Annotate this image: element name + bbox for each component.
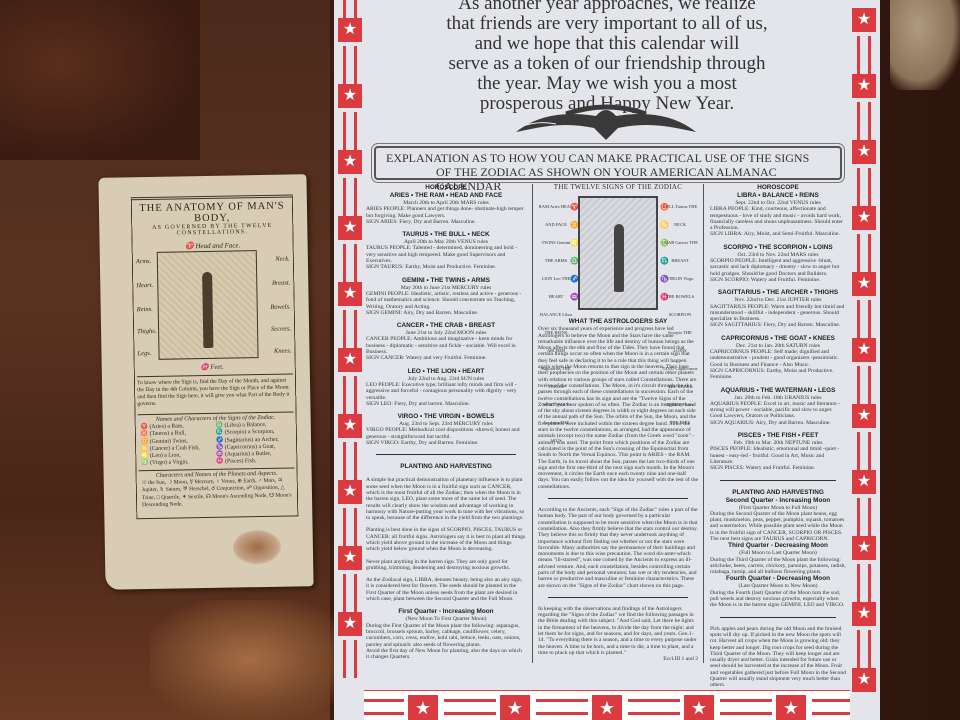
zodiac-chart-heading: THE TWELVE SIGNS OF THE ZODIAC — [538, 184, 698, 190]
instructions-text: To know where the Sign is, find the Day … — [137, 373, 294, 408]
first-quarter-text-2: Avoid the first day of New Moon for plan… — [366, 648, 526, 661]
sign-people: CAPRICORNUS PEOPLE: Self made; dignified… — [710, 349, 846, 368]
cloth-background — [890, 0, 960, 90]
star-icon: ★ — [338, 84, 362, 108]
left-border-stars: ★ ★ ★ ★ ★ ★ ★ ★ ★ ★ — [338, 0, 362, 720]
sign-people: AQUARIUS PEOPLE: Excel in art, music and… — [710, 401, 846, 420]
planting-para: Never plant anything in the barren sign.… — [366, 559, 526, 572]
zodiac-label: BALANCE Libra THE REINS — [538, 306, 574, 342]
divider — [720, 480, 836, 481]
star-icon: ★ — [338, 150, 362, 174]
greeting-line: As another year approaches, we realize — [414, 0, 800, 14]
sign-people: LIBRA PEOPLE: Kind, courteous, affection… — [710, 206, 846, 231]
label-bowels: Bowels. — [270, 304, 291, 311]
sign-title: SAGITTARIUS • THE ARCHER • THIGHS — [710, 289, 846, 297]
signs-grid: ♈ (Aries) a Ram,♎ (Libra) a Balance, ♉ (… — [138, 420, 295, 468]
divider — [548, 498, 688, 499]
star-icon: ★ — [852, 272, 876, 296]
sign-traits: SIGN SAGITTARIUS: Fiery, Dry and Barren.… — [710, 322, 846, 328]
sign-title: LIBRA • BALANCE • REINS — [710, 192, 846, 200]
planting-heading: PLANTING AND HARVESTING — [366, 463, 526, 471]
zodiac-label: GOAT Capricornus THE KNEES — [662, 360, 698, 396]
center-column: THE TWELVE SIGNS OF THE ZODIAC RAM Aries… — [532, 184, 704, 663]
head-label: ♈ Head and Face. — [133, 240, 293, 251]
sign-people: CANCER PEOPLE: Ambitious and imaginative… — [366, 336, 526, 355]
divider — [376, 454, 516, 455]
sign-block-leo: LEO • THE LION • HEART July 22nd to Aug.… — [366, 368, 526, 407]
divider — [548, 597, 688, 598]
man-figure-icon — [614, 224, 624, 292]
star-icon: ★ — [592, 695, 622, 720]
zodiac-left-glyphs: ♈ ♊ ♌ ♎ ♐ ♒ — [570, 198, 578, 306]
eagle-emblem-icon — [506, 98, 706, 140]
zodiac-glyph-icon: ♎ — [570, 252, 578, 270]
zodiac-label: VIRGIN Virgo THE BOWELS — [662, 270, 698, 306]
star-icon: ★ — [408, 695, 438, 720]
sign-people: SAGITTARIUS PEOPLE: Warm and friendly bu… — [710, 304, 846, 323]
sign-title: GEMINI • THE TWINS • ARMS — [366, 277, 526, 285]
label-breast: Breast. — [272, 280, 290, 287]
zodiac-right-labels: BULL Taurus THE NECK CRAB Cancer THE BRE… — [662, 198, 698, 432]
horoscope-heading: HOROSCOPE — [366, 184, 526, 192]
zodiac-label: CRAB Cancer THE BREAST — [662, 234, 698, 270]
zodiac-label: SCORPION Scorpio THE LOINS — [662, 306, 698, 360]
first-quarter-text: During the First Quarter of the Moon pla… — [366, 623, 526, 648]
zodiac-left-labels: RAM Aries HEAD AND FACE TWINS Gemini THE… — [538, 198, 574, 450]
label-neck: Neck. — [275, 256, 290, 263]
greeting-message: As another year approaches, we realize t… — [414, 0, 800, 114]
star-icon: ★ — [684, 695, 714, 720]
planting-para: Planting is best done in the signs of SC… — [366, 527, 526, 552]
divider — [720, 617, 836, 618]
star-icon: ★ — [338, 612, 362, 636]
zodiac-glyph-icon: ♊ — [570, 216, 578, 234]
label-thighs: Thighs. — [137, 328, 156, 335]
greeting-line: that friends are very important to all o… — [414, 14, 800, 34]
sign-traits: SIGN LIBRA: Airy, Moist, and Semi-Fruitf… — [710, 231, 846, 237]
label-secrets: Secrets. — [271, 326, 291, 333]
sign-people: PISCES PEOPLE: Idealistic, emotional and… — [710, 446, 846, 465]
zodiac-label: LION Leo THE HEART — [538, 270, 574, 306]
anatomy-frame: THE ANATOMY OF MAN'S BODY, AS GOVERNED B… — [131, 194, 299, 519]
star-icon: ★ — [500, 695, 530, 720]
sign-block-taurus: TAURUS • THE BULL • NECK April 20th to M… — [366, 231, 526, 270]
zodiac-label: BULL Taurus THE NECK — [662, 198, 698, 234]
sign-block-virgo: VIRGO • THE VIRGIN • BOWELS Aug. 23rd to… — [366, 413, 526, 446]
sign-block-scorpio: SCORPIO • THE SCORPION • LOINS Oct. 23rd… — [710, 244, 846, 283]
star-icon: ★ — [338, 216, 362, 240]
sign-block-cancer: CANCER • THE CRAB • BREAST June 21st to … — [366, 322, 526, 361]
greeting-line: serve as a token of our friendship throu… — [414, 54, 800, 74]
planets-text: ☉ the Sun, ☽ Moon, ☿ Mercury, ♀ Venus, ⊕… — [142, 478, 292, 509]
sign-title: TAURUS • THE BULL • NECK — [366, 231, 526, 239]
star-icon: ★ — [852, 404, 876, 428]
sign-block-gemini: GEMINI • THE TWINS • ARMS May 20th to Ju… — [366, 277, 526, 316]
right-border-stars: ★ ★ ★ ★ ★ ★ ★ ★ ★ ★ ★ — [852, 0, 876, 720]
sign-people: GEMINI PEOPLE: Idealistic, artistic, res… — [366, 291, 526, 310]
sign-people: TAURUS PEOPLE: Talented - determined, do… — [366, 245, 526, 264]
star-icon: ★ — [852, 602, 876, 626]
sign-block-aquarius: AQUARIUS • THE WATERMAN • LEGS Jan. 20th… — [710, 387, 846, 426]
star-icon: ★ — [852, 470, 876, 494]
planets-section: Characters and Names of the Planets and … — [139, 467, 296, 511]
ancients-text: According to the Ancients, each "Sign of… — [538, 507, 698, 589]
sign-block-libra: LIBRA • BALANCE • REINS Sept. 22nd to Oc… — [710, 192, 846, 238]
greeting-line: and we hope that this calendar will — [414, 34, 800, 54]
zodiac-label: RAM Aries HEAD AND FACE — [538, 198, 574, 234]
star-icon: ★ — [338, 282, 362, 306]
right-column: HOROSCOPE LIBRA • BALANCE • REINS Sept. … — [704, 184, 852, 689]
sign-title: SCORPIO • THE SCORPION • LOINS — [710, 244, 846, 252]
planting-para: As the Zodiacal sign, LIBRA, denotes bea… — [366, 577, 526, 602]
horoscope-heading: HOROSCOPE — [710, 184, 846, 192]
explanation-banner: EXPLANATION AS TO HOW YOU CAN MAKE PRACT… — [374, 146, 842, 180]
calendar-sheet: ★ ★ ★ ★ ★ ★ ★ ★ ★ ★ ★ ★ ★ ★ ★ ★ ★ ★ — [334, 0, 880, 720]
sign-block-sagittarius: SAGITTARIUS • THE ARCHER • THIGHS Nov. 2… — [710, 289, 846, 328]
sign-block-aries: ARIES • THE RAM • HEAD AND FACE March 20… — [366, 192, 526, 225]
zodiac-chart: RAM Aries HEAD AND FACE TWINS Gemini THE… — [538, 192, 698, 314]
sign-title: VIRGO • THE VIRGIN • BOWELS — [366, 413, 526, 421]
third-quarter-text: During the Third Quarter of the Moon pla… — [710, 557, 846, 576]
star-icon: ★ — [338, 414, 362, 438]
zodiac-label: FISHES Pisces THE FEET — [662, 396, 698, 432]
sign-title: AQUARIUS • THE WATERMAN • LEGS — [710, 387, 846, 395]
antique-almanac-page: THE ANATOMY OF MAN'S BODY, AS GOVERNED B… — [98, 174, 313, 590]
star-icon: ★ — [852, 668, 876, 692]
label-reins: Reins. — [137, 306, 153, 313]
sign-traits: SIGN AQUARIUS: Airy, Dry and Barren. Mas… — [710, 420, 846, 426]
sign-traits: SIGN PISCES: Watery and Fruitful. Femini… — [710, 465, 846, 471]
sign-title: CANCER • THE CRAB • BREAST — [366, 322, 526, 330]
star-icon: ★ — [852, 536, 876, 560]
zodiac-man-illustration — [578, 196, 658, 310]
fourth-quarter-text: During the Fourth (last) Quarter of the … — [710, 590, 846, 609]
zodiac-label: TWINS Gemini THE ARMS — [538, 234, 574, 270]
sign-people: VIRGO PEOPLE: Methodical cool dispositio… — [366, 427, 526, 440]
sign-title: ARIES • THE RAM • HEAD AND FACE — [366, 192, 526, 200]
star-icon: ★ — [852, 206, 876, 230]
second-quarter-text: During the Second Quarter of the Moon pl… — [710, 511, 846, 542]
second-quarter-title: Second Quarter - Increasing Moon — [710, 497, 846, 505]
label-legs: Legs. — [137, 350, 151, 357]
sign-block-capricornus: CAPRICORNUS • THE GOAT • KNEES Dec. 21st… — [710, 335, 846, 381]
sign-traits: SIGN VIRGO: Earthy, Dry and Barren. Femi… — [366, 440, 526, 446]
star-icon: ★ — [338, 546, 362, 570]
star-icon: ★ — [852, 8, 876, 32]
sign-block-pisces: PISCES • THE FISH • FEET Feb. 19th to Ma… — [710, 432, 846, 471]
planting-heading-right: PLANTING AND HARVESTING — [710, 489, 846, 497]
label-feet: ♓ Feet. — [201, 363, 224, 371]
signs-names-section: Names and Characters of the Signs of the… — [138, 411, 295, 468]
water-stain — [233, 530, 282, 565]
table-reflection — [150, 600, 350, 720]
sign-traits: SIGN CAPRICORNUS: Earthy, Moist and Prod… — [710, 368, 846, 381]
greeting-line: the year. May we wish you a most — [414, 74, 800, 94]
bottom-border-stars: ★ ★ ★ ★ ★ — [364, 690, 850, 720]
star-icon: ★ — [338, 480, 362, 504]
sign-entry: ♓ (Pisces) Fish. — [216, 458, 291, 467]
sign-people: LEO PEOPLE: Executive type; brilliant lo… — [366, 382, 526, 401]
zodiac-glyph-icon: ♒ — [570, 288, 578, 306]
zodiac-glyph-icon: ♈ — [570, 198, 578, 216]
sign-people: ARIES PEOPLE: Planners and get things do… — [366, 206, 526, 219]
star-icon: ★ — [852, 140, 876, 164]
sign-entry: ♍ (Virgo) a Virgin, — [141, 459, 216, 468]
star-icon: ★ — [338, 18, 362, 42]
harvest-tail-text: Pick apples and pears during the old Moo… — [710, 626, 846, 689]
zodiac-man-woodcut — [157, 250, 259, 360]
sign-title: PISCES • THE FISH • FEET — [710, 432, 846, 440]
explanation-line-1: EXPLANATION AS TO HOW YOU CAN MAKE PRACT… — [386, 151, 830, 165]
anatomy-title: THE ANATOMY OF MAN'S BODY, — [132, 200, 292, 225]
label-knees: Knees. — [274, 348, 292, 355]
zodiac-glyph-icon: ♌ — [570, 234, 578, 252]
bible-reference: Eccl.III 1 and 2 — [538, 656, 698, 662]
star-icon: ★ — [776, 695, 806, 720]
star-icon: ★ — [852, 74, 876, 98]
man-figure-icon — [202, 272, 213, 348]
star-icon: ★ — [338, 348, 362, 372]
label-heart: Heart. — [136, 282, 153, 289]
sign-title: CAPRICORNUS • THE GOAT • KNEES — [710, 335, 846, 343]
chair-background — [0, 0, 200, 160]
zodiac-label: WATERMAN Aquarius THE LEGS — [538, 396, 574, 450]
sign-people: SCORPIO PEOPLE: Intelligent and aggressi… — [710, 258, 846, 277]
star-icon: ★ — [852, 338, 876, 362]
sign-title: LEO • THE LION • HEART — [366, 368, 526, 376]
zodiac-label: ARCHER Sagittarius THE THIGHS — [538, 342, 574, 396]
planting-para: A simple but practical demonstration of … — [366, 477, 526, 521]
label-arms: Arms. — [136, 258, 151, 265]
bible-text: In keeping with the observations and fin… — [538, 606, 698, 656]
left-column: HOROSCOPE ARIES • THE RAM • HEAD AND FAC… — [360, 184, 532, 660]
zodiac-glyph-icon: ♐ — [570, 270, 578, 288]
